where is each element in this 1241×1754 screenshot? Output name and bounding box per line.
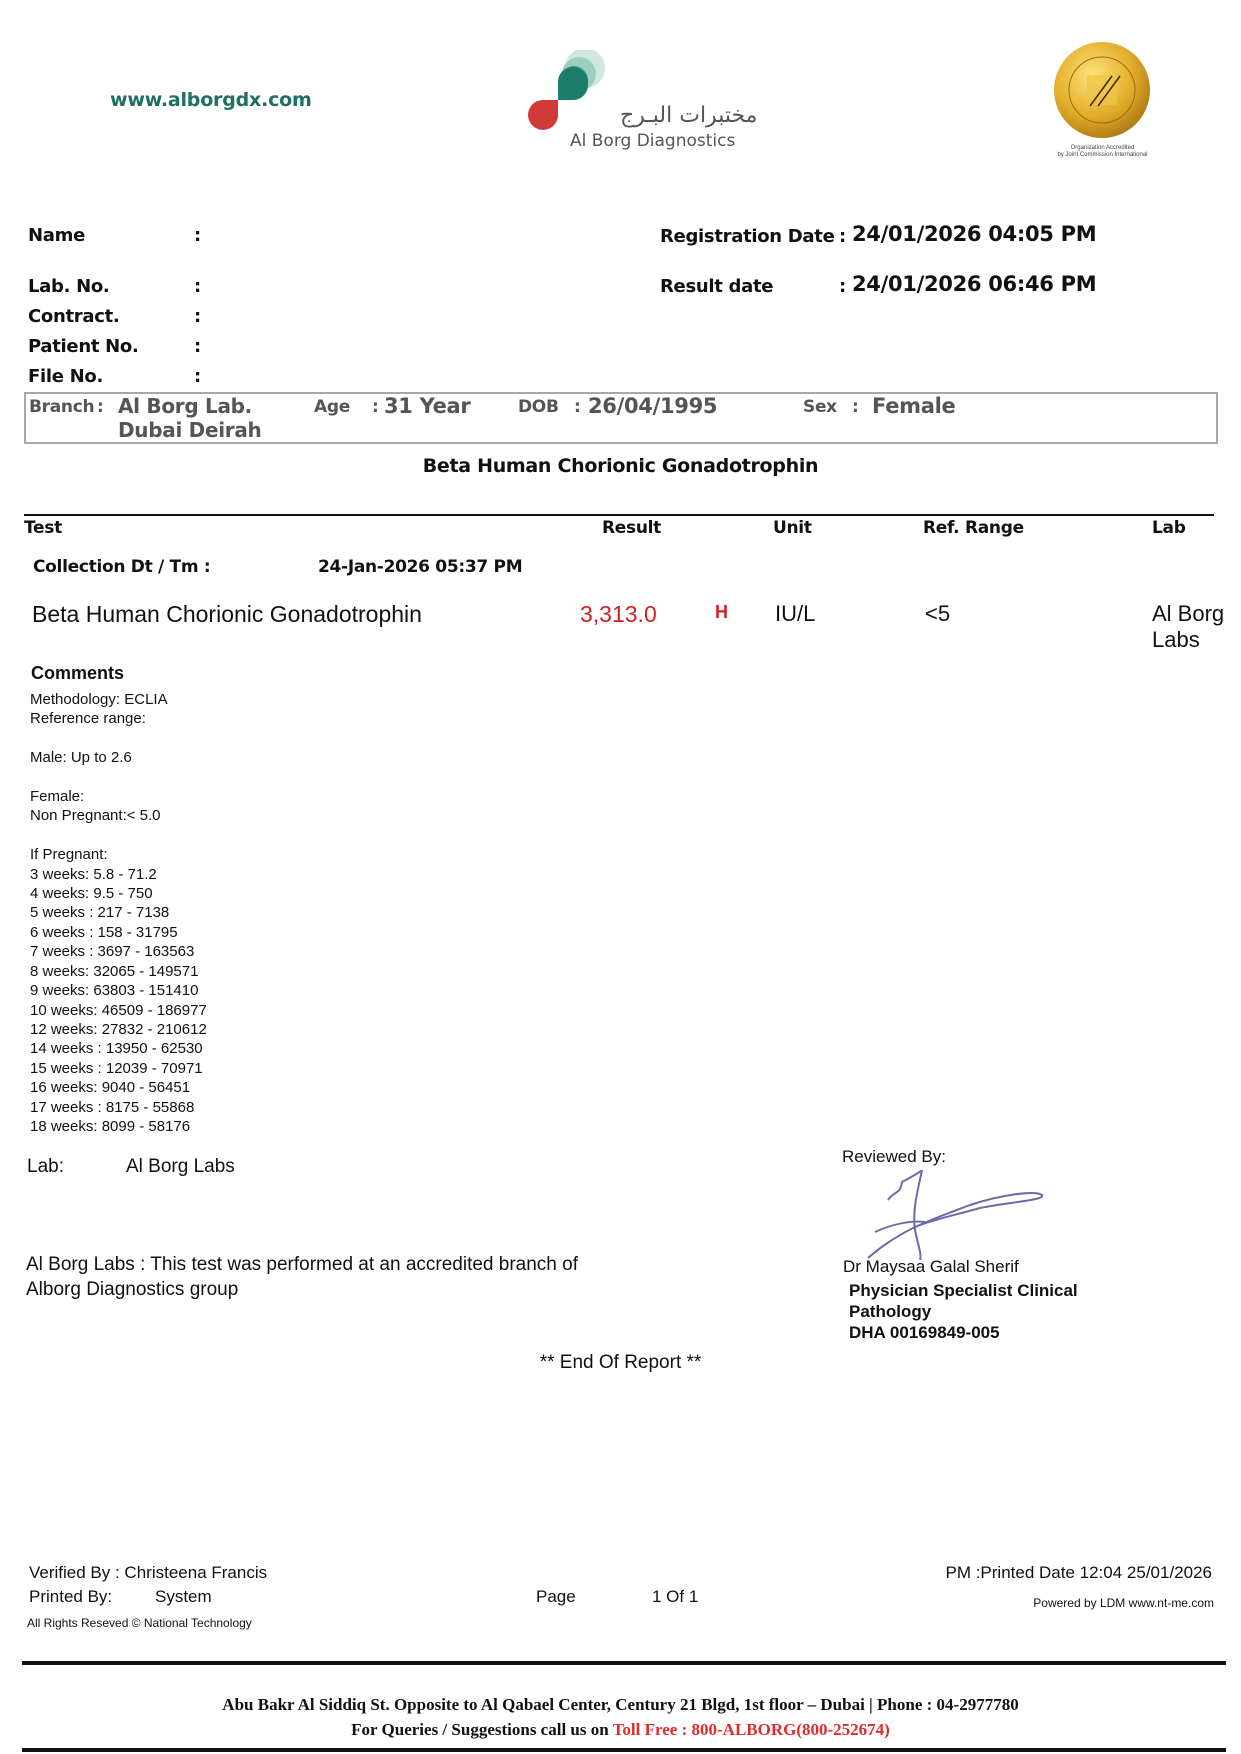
result-date-label: Result date [660,276,773,297]
file-no-label: File No. [28,366,103,387]
footer-bottom-rule [22,1748,1226,1752]
report-title: Beta Human Chorionic Gonadotrophin [0,455,1241,477]
result-value: 3,313.0 [580,601,657,628]
table-top-rule [24,514,1214,516]
comments-heading: Comments [31,663,124,684]
logo-arabic-text: مختبرات البـرج [620,103,757,128]
badge-caption-line2: by Joint Commission International [1040,152,1165,159]
lab-label: Lab: [27,1156,64,1178]
copyright: All Rights Reseved © National Technology [27,1616,252,1630]
queries-line: For Queries / Suggestions call us on Tol… [0,1720,1241,1740]
lab-no-colon: : [194,276,201,297]
reviewer-license: DHA 00169849-005 [849,1322,1149,1343]
registration-date-value: 24/01/2026 04:05 PM [852,222,1096,246]
website-url: www.alborgdx.com [110,89,312,111]
lab-value: Al Borg Labs [126,1156,235,1178]
dob-label: DOB [518,397,559,417]
sex-colon: : [852,397,859,417]
reviewer-title-text: Physician Specialist Clinical Pathology [849,1280,1149,1322]
dob-value: 26/04/1995 [588,394,717,418]
printed-date: PM :Printed Date 12:04 25/01/2026 [945,1563,1212,1583]
badge-caption: Organization Accredited by Joint Commiss… [1040,145,1165,159]
result-date-value: 24/01/2026 06:46 PM [852,272,1096,296]
dob-colon: : [574,397,581,417]
name-value-redacted [208,232,608,251]
result-lab-line1: Al Borg [1152,601,1224,627]
registration-date-label: Registration Date [660,226,835,247]
column-header-test: Test [24,518,62,538]
contract-label: Contract. [28,306,119,327]
powered-by: Powered by LDM www.nt-me.com [1033,1596,1214,1610]
branch-line1: Al Borg Lab. [118,394,252,418]
accreditation-note: Al Borg Labs : This test was performed a… [26,1252,586,1302]
printed-by-label: Printed By: [29,1587,112,1607]
queries-prefix: For Queries / Suggestions call us on [351,1720,609,1739]
reviewer-name: Dr Maysaa Galal Sherif [843,1257,1019,1277]
jci-accreditation-badge-icon [1052,40,1152,140]
age-value: 31 Year [384,394,470,418]
registration-colon: : [839,226,846,247]
address-line: Abu Bakr Al Siddiq St. Opposite to Al Qa… [0,1695,1241,1715]
collection-label: Collection Dt / Tm : [33,557,210,577]
column-header-lab: Lab [1152,518,1186,538]
badge-caption-line1: Organization Accredited [1040,145,1165,152]
logo-english-text: Al Borg Diagnostics [570,131,735,151]
branch-label: Branch [29,397,94,417]
column-header-unit: Unit [773,518,812,538]
reviewer-title: Physician Specialist Clinical Pathology … [849,1280,1149,1343]
age-colon: : [372,397,379,417]
name-colon: : [194,225,201,246]
end-of-report: ** End Of Report ** [0,1352,1241,1374]
collection-value: 24-Jan-2026 05:37 PM [318,557,522,577]
result-unit: IU/L [775,601,815,627]
lab-no-label: Lab. No. [28,276,109,297]
printed-by-value: System [155,1587,212,1607]
column-header-ref-range: Ref. Range [923,518,1024,538]
file-no-colon: : [194,366,201,387]
branch-line2: Dubai Deirah [118,418,262,442]
contract-colon: : [194,306,201,327]
sex-value: Female [872,394,955,418]
page-number: 1 Of 1 [652,1587,698,1607]
toll-free-number: Toll Free : 800-ALBORG(800-252674) [613,1720,890,1739]
footer-top-rule [22,1661,1226,1665]
verified-by: Verified By : Christeena Francis [29,1563,267,1583]
age-label: Age [314,397,350,417]
patient-no-colon: : [194,336,201,357]
signature-icon [860,1170,1050,1260]
patient-no-label: Patient No. [28,336,139,357]
branch-colon: : [97,397,104,417]
test-name: Beta Human Chorionic Gonadotrophin [32,601,422,628]
comments-text: Methodology: ECLIA Reference range: Male… [30,690,207,1136]
result-date-colon: : [839,276,846,297]
page-label: Page [536,1587,576,1607]
name-label: Name [28,225,85,246]
result-lab-line2: Labs [1152,627,1200,653]
column-header-result: Result [602,518,661,538]
reviewed-by-label: Reviewed By: [842,1147,946,1167]
reference-range: <5 [925,601,950,627]
high-flag: H [715,602,728,623]
sex-label: Sex [803,397,837,417]
